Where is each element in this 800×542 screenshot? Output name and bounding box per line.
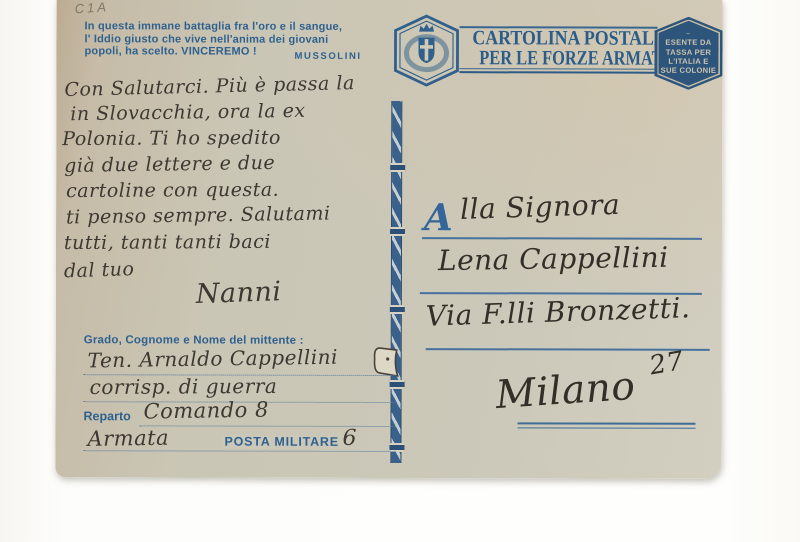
pencil-note: C1A [74,0,109,16]
address-city: Milano [494,364,636,418]
address-line2: Lena Cappellini [438,241,669,277]
message-signature: Nanni [195,276,282,310]
message-line: in Slovacchia, ora la ex [70,100,306,125]
stamp-inner-hexagon: ~ ESENTE DA TASSA PER L'ITALIA E SUE COL… [658,21,718,86]
franchise-stamp: ~ ESENTE DA TASSA PER L'ITALIA E SUE COL… [654,17,722,90]
address-line3: Via F.lli Bronzetti. [425,291,690,333]
message-line: Polonia. Ti ho spedito [62,127,281,150]
sender-name: Ten. Arnaldo Cappellini [88,345,339,373]
sender-line2: corrisp. di guerra [90,374,278,399]
fasces-band [390,163,405,172]
scanned-postcard-photo: { "pencil_note": "C1A", "motto": { "line… [0,0,800,542]
postcard: C1A In questa immane battaglia fra l'oro… [55,0,722,479]
fasces-band [390,305,405,314]
address-line1: lla Signora [460,188,621,226]
title-line-1: CARTOLINA POSTALE [472,28,644,48]
reparto-value: Comando 8 [143,398,269,424]
stamp-line: SUE COLONIE [661,66,717,75]
armata-value: Armata [87,426,169,451]
address-rule-double [518,422,696,428]
message-line: tutti, tanti tanti baci [64,231,271,254]
address-rule [422,237,702,239]
title-line-2: PER LE FORZE ARMATE [479,48,637,68]
card-title: CARTOLINA POSTALE PER LE FORZE ARMATE [459,23,657,74]
posta-militare-label: POSTA MILITARE [221,435,341,449]
reparto-label: Reparto [84,409,131,423]
savoy-crest-icon [392,14,460,92]
fasces-band [390,227,405,236]
message-line: dal tuo [64,258,135,282]
motto-block: In questa immane battaglia fra l'oro e i… [84,20,364,58]
motto-line-1: In questa immane battaglia fra l'oro e i… [85,20,365,33]
address-street-number: 27 [647,346,686,381]
message-line: Con Salutarci. Più è passa la [64,72,355,101]
motto-attribution: MUSSOLINI [294,51,361,64]
stamp-line: L'ITALIA E [668,57,708,66]
fasces-divider-icon [390,101,402,463]
stamp-line: TASSA PER [666,47,711,56]
message-line: già due lettere e due [64,152,275,177]
axe-head-icon [373,346,399,385]
stamp-ornament: ~ [686,31,691,38]
stamp-line: ESENTE DA [665,38,711,47]
posta-militare-number: 6 [342,426,357,451]
motto-line-2: l' Iddio giusto che vive nell'anima dei … [85,33,365,46]
message-line: ti penso sempre. Salutami [66,203,331,229]
title-rule-bottom [459,68,657,74]
message-line: cartoline con questa. [66,179,279,202]
sender-dotted-line [140,424,396,427]
printed-address-initial: A [424,195,453,239]
